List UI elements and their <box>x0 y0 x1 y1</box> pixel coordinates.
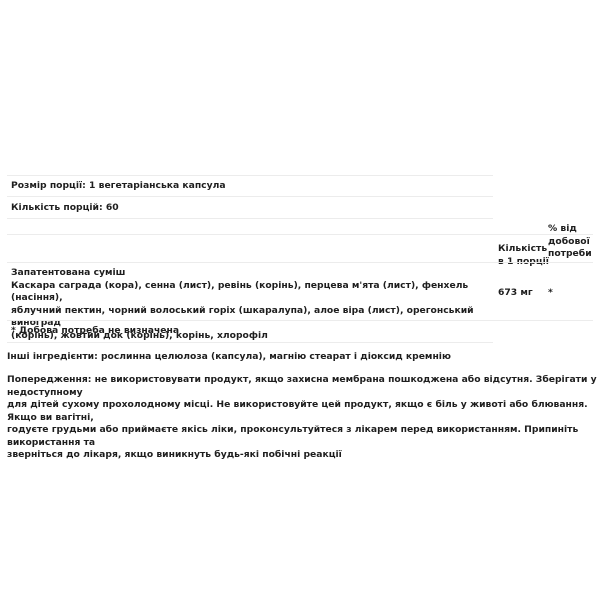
divider <box>7 175 493 176</box>
warning-text: Попередження: не використовувати продукт… <box>7 374 597 462</box>
divider <box>7 196 493 197</box>
divider <box>7 320 593 321</box>
warning-line: зверніться до лікаря, якщо виникнуть буд… <box>7 449 597 462</box>
servings-per-container: Кількість порцій: 60 <box>11 202 119 215</box>
ingredient-daily-value: * <box>548 287 553 300</box>
other-ingredients: Інші інгредієнти: рослинна целюлоза (кап… <box>7 351 451 364</box>
divider <box>7 342 493 343</box>
serving-size: Розмір порції: 1 вегетаріанська капсула <box>11 180 226 193</box>
ingredient-description-line: Каскара саграда (кора), сенна (лист), ре… <box>11 280 486 305</box>
warning-line: Попередження: не використовувати продукт… <box>7 374 597 399</box>
warning-line: годуєте грудьми або приймаєте якісь ліки… <box>7 424 597 449</box>
divider <box>7 218 493 219</box>
warning-line: для дітей сухому прохолодному місці. Не … <box>7 399 597 424</box>
header-text: потреби <box>548 248 592 261</box>
divider <box>7 262 593 263</box>
ingredient-amount: 673 мг <box>498 287 533 300</box>
footnote: * Добова потреба не визначена <box>11 325 179 338</box>
header-text: добової <box>548 236 592 249</box>
header-daily-value: % від добової потреби <box>548 223 592 261</box>
header-amount-per-serving: Кількість в 1 порції <box>498 243 549 268</box>
ingredient-name: Запатентована суміш <box>11 267 486 280</box>
header-text: % від <box>548 223 592 236</box>
divider <box>7 234 593 235</box>
header-text: Кількість <box>498 243 549 256</box>
